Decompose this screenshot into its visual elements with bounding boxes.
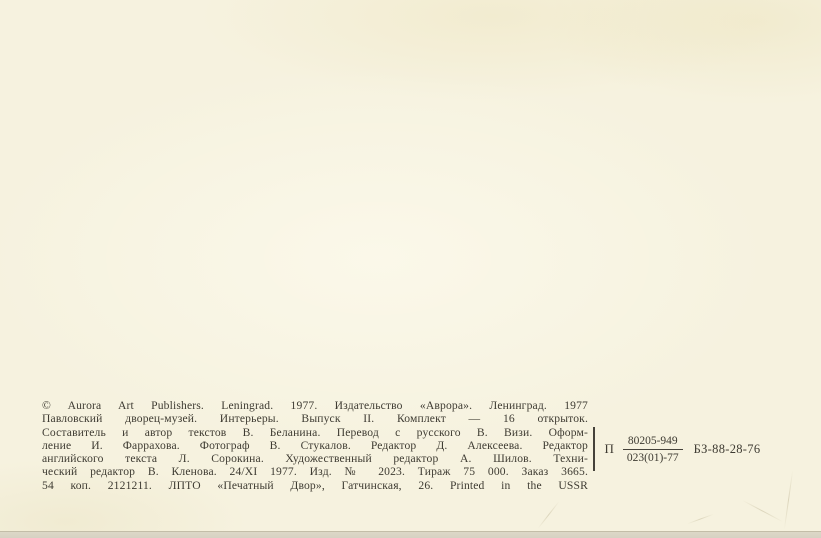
index-denominator: 023(01)-77 [623,450,683,465]
colophon-line-7: 54 коп. 2121211. ЛПТО «Печатный Двор», Г… [42,479,588,492]
index-numerator: 80205-949 [623,434,683,450]
crease-mark [742,500,783,522]
crease-mark [687,514,714,525]
catalogue-index-block: П 80205-949 023(01)-77 БЗ-88-28-76 [593,426,760,472]
colophon-line-6: ческий редактор В. Кленова. 24/XI 1977. … [42,465,588,478]
crease-mark [538,501,560,528]
colophon-block: © Aurora Art Publishers. Leningrad. 1977… [42,399,588,492]
index-separator-line [593,427,595,471]
colophon-line-5: английского текста Л. Сорокина. Художест… [42,452,588,465]
colophon-line-2: Павловский дворец-музей. Интерьеры. Выпу… [42,412,588,425]
colophon-line-4: ление И. Фаррахова. Фотограф В. Стукалов… [42,439,588,452]
colophon-line-3: Составитель и автор текстов В. Беланина.… [42,426,588,439]
index-prefix: П [605,441,614,457]
postcard-back-scan: © Aurora Art Publishers. Leningrad. 1977… [0,0,821,538]
crease-mark [784,470,793,530]
index-fraction: 80205-949 023(01)-77 [623,434,683,465]
index-code: БЗ-88-28-76 [694,442,761,457]
colophon-line-1: © Aurora Art Publishers. Leningrad. 1977… [42,399,588,412]
card-bottom-edge [0,531,821,538]
